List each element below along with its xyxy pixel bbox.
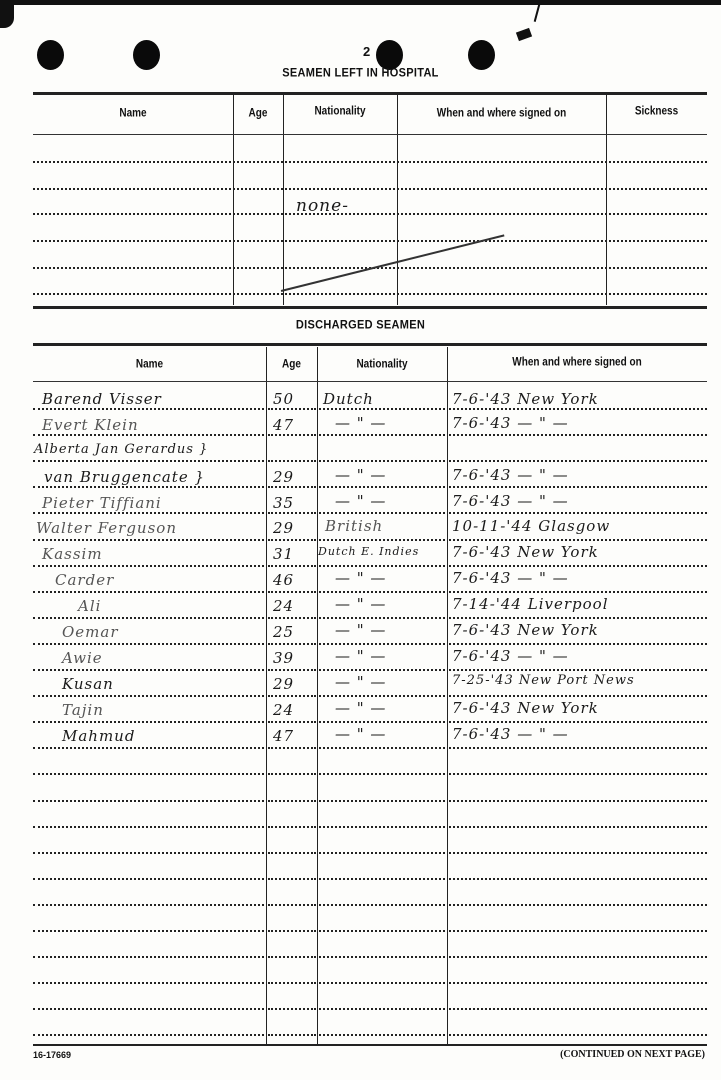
ruled-line (319, 800, 445, 802)
ruled-line (449, 408, 707, 410)
ruled-line (268, 408, 316, 410)
seaman-age: 29 (273, 519, 294, 537)
ruled-line (319, 695, 445, 697)
ink-mark (516, 28, 532, 41)
header-underline (33, 381, 707, 382)
ruled-line (449, 956, 707, 958)
ruled-line (449, 721, 707, 723)
ruled-line (33, 434, 264, 436)
seaman-name: Oemar (62, 623, 119, 641)
ruled-line (33, 826, 264, 828)
column-divider (233, 95, 234, 305)
ruled-line (319, 669, 445, 671)
ruled-line (449, 539, 707, 541)
ruled-line (319, 1034, 445, 1036)
ruled-line (33, 1008, 264, 1010)
seaman-signed-on: 7-6-'43 — " — (452, 647, 569, 665)
ruled-line (33, 852, 264, 854)
seaman-age: 47 (273, 416, 294, 434)
ruled-line (268, 669, 316, 671)
ink-mark (534, 4, 541, 22)
column-divider (447, 347, 448, 1045)
seaman-signed-on: 7-6-'43 — " — (452, 725, 569, 743)
ruled-line (33, 486, 264, 488)
ruled-line (319, 930, 445, 932)
ruled-line (449, 643, 707, 645)
ruled-line (449, 695, 707, 697)
seaman-nationality: — " — (335, 621, 386, 639)
ruled-line (268, 539, 316, 541)
ruled-line (449, 591, 707, 593)
seaman-nationality: British (325, 517, 383, 535)
ruled-line (33, 293, 707, 295)
col-header-nationality: Nationality (283, 105, 397, 118)
ruled-line (33, 956, 264, 958)
col-header-sickness: Sickness (606, 105, 707, 118)
seaman-signed-on: 10-11-'44 Glasgow (452, 517, 610, 535)
col-header-age: Age (233, 107, 283, 120)
ruled-line (268, 904, 316, 906)
seaman-nationality: — " — (335, 647, 386, 665)
ruled-line (33, 512, 264, 514)
ruled-line (33, 643, 264, 645)
ruled-line (319, 747, 445, 749)
seaman-age: 47 (273, 727, 294, 745)
ruled-line (268, 1008, 316, 1010)
ruled-line (449, 904, 707, 906)
ruled-line (33, 747, 264, 749)
ruled-line (33, 930, 264, 932)
ruled-line (319, 721, 445, 723)
seaman-age: 35 (273, 494, 294, 512)
ruled-line (319, 434, 445, 436)
seaman-age: 24 (273, 701, 294, 719)
ruled-line (268, 747, 316, 749)
ruled-line (33, 213, 707, 215)
seaman-signed-on: 7-6-'43 — " — (452, 492, 569, 510)
ruled-line (449, 434, 707, 436)
seaman-signed-on: 7-14-'44 Liverpool (452, 595, 609, 613)
seaman-name: Walter Ferguson (36, 519, 177, 537)
ruled-line (33, 161, 707, 163)
seaman-name: Pieter Tiffiani (42, 494, 162, 512)
seaman-name: Ali (78, 597, 101, 615)
ruled-line (33, 800, 264, 802)
ruled-line (268, 434, 316, 436)
ruled-line (33, 695, 264, 697)
column-divider (266, 347, 267, 1045)
seaman-signed-on: 7-6-'43 — " — (452, 466, 569, 484)
ruled-line (319, 643, 445, 645)
ruled-line (268, 956, 316, 958)
page-top-edge (0, 0, 721, 5)
ruled-line (449, 512, 707, 514)
ruled-line (268, 695, 316, 697)
ruled-line (33, 460, 264, 462)
discharged-section-title: DISCHARGED SEAMEN (0, 318, 721, 331)
ruled-line (449, 800, 707, 802)
ruled-line (319, 956, 445, 958)
seaman-name: Alberta Jan Gerardus } (34, 442, 208, 457)
ruled-line (319, 408, 445, 410)
ruled-line (449, 565, 707, 567)
seaman-nationality: — " — (335, 725, 386, 743)
ruled-line (449, 669, 707, 671)
seaman-age: 50 (273, 390, 294, 408)
ruled-line (319, 878, 445, 880)
ruled-line (33, 904, 264, 906)
ruled-line (268, 826, 316, 828)
scan-artifact (0, 0, 14, 28)
ruled-line (319, 539, 445, 541)
table-top-rule (33, 343, 707, 346)
ruled-line (268, 512, 316, 514)
ruled-line (449, 930, 707, 932)
seaman-signed-on: 7-25-'43 New Port News (452, 673, 635, 688)
table-bottom-rule (33, 306, 707, 309)
ruled-line (319, 460, 445, 462)
col-header-name: Name (33, 358, 266, 371)
seaman-name: Barend Visser (42, 390, 162, 408)
seaman-nationality: — " — (335, 466, 386, 484)
ruled-line (33, 669, 264, 671)
col-header-age: Age (266, 358, 317, 371)
ruled-line (33, 878, 264, 880)
seaman-signed-on: 7-6-'43 New York (452, 543, 599, 561)
seaman-name: Carder (55, 571, 114, 589)
ruled-line (319, 565, 445, 567)
seaman-age: 29 (273, 675, 294, 693)
ruled-line (268, 460, 316, 462)
continued-note: (CONTINUED ON NEXT PAGE) (560, 1049, 705, 1060)
ruled-line (268, 643, 316, 645)
seaman-signed-on: 7-6-'43 New York (452, 390, 599, 408)
ruled-line (449, 617, 707, 619)
seaman-signed-on: 7-6-'43 New York (452, 699, 599, 717)
seaman-signed-on: 7-6-'43 — " — (452, 569, 569, 587)
seaman-nationality: Dutch (323, 390, 374, 408)
ruled-line (268, 486, 316, 488)
seaman-age: 31 (273, 545, 294, 563)
ruled-line (268, 565, 316, 567)
seaman-name: van Bruggencate } (44, 468, 205, 486)
seaman-age: 39 (273, 649, 294, 667)
column-divider (397, 95, 398, 305)
page-number: 2 (363, 44, 370, 59)
ruled-line (33, 188, 707, 190)
seaman-nationality: — " — (335, 492, 386, 510)
ruled-line (33, 408, 264, 410)
column-divider (317, 347, 318, 1045)
ruled-line (33, 982, 264, 984)
seaman-name: Kusan (62, 675, 114, 693)
hospital-entry-none: none- (296, 196, 349, 216)
ruled-line (319, 904, 445, 906)
ruled-line (449, 460, 707, 462)
column-divider (606, 95, 607, 305)
col-header-signed-on: When and where signed on (447, 356, 707, 369)
ruled-line (319, 486, 445, 488)
ruled-line (449, 852, 707, 854)
ruled-line (268, 878, 316, 880)
ruled-line (319, 773, 445, 775)
ruled-line (33, 591, 264, 593)
seaman-signed-on: 7-6-'43 New York (452, 621, 599, 639)
ruled-line (268, 1034, 316, 1036)
ruled-line (268, 591, 316, 593)
ruled-line (33, 617, 264, 619)
ruled-line (33, 240, 707, 242)
col-header-nationality: Nationality (317, 358, 447, 371)
ruled-line (268, 617, 316, 619)
ruled-line (449, 773, 707, 775)
ruled-line (268, 982, 316, 984)
column-divider (283, 95, 284, 305)
hospital-section-title: SEAMEN LEFT IN HOSPITAL (0, 66, 721, 79)
ruled-line (33, 539, 264, 541)
ruled-line (33, 565, 264, 567)
col-header-signed-on: When and where signed on (397, 107, 606, 120)
ruled-line (319, 826, 445, 828)
seaman-nationality: — " — (335, 569, 386, 587)
ruled-line (449, 878, 707, 880)
seaman-name: Mahmud (62, 727, 135, 745)
ruled-line (319, 617, 445, 619)
header-underline (33, 134, 707, 135)
ruled-line (33, 773, 264, 775)
ruled-line (319, 512, 445, 514)
ruled-line (33, 1034, 264, 1036)
ruled-line (449, 1008, 707, 1010)
ruled-line (449, 747, 707, 749)
ruled-line (268, 721, 316, 723)
seaman-age: 24 (273, 597, 294, 615)
ruled-line (268, 773, 316, 775)
seaman-nationality: — " — (335, 595, 386, 613)
ruled-line (449, 982, 707, 984)
seaman-name: Kassim (42, 545, 103, 563)
seaman-signed-on: 7-6-'43 — " — (452, 414, 569, 432)
strike-through-line (281, 234, 505, 291)
seaman-age: 46 (273, 571, 294, 589)
col-header-name: Name (33, 107, 233, 120)
table-bottom-rule (33, 1044, 707, 1046)
seaman-nationality: — " — (335, 699, 386, 717)
seaman-nationality: — " — (335, 673, 386, 691)
seaman-nationality: — " — (335, 414, 386, 432)
ruled-line (268, 930, 316, 932)
seaman-nationality: Dutch E. Indies (318, 545, 419, 558)
ruled-line (268, 852, 316, 854)
seaman-age: 25 (273, 623, 294, 641)
ruled-line (319, 852, 445, 854)
ruled-line (449, 1034, 707, 1036)
seaman-name: Awie (62, 649, 103, 667)
seaman-name: Evert Klein (42, 416, 139, 434)
seaman-age: 29 (273, 468, 294, 486)
seaman-name: Tajin (62, 701, 104, 719)
ruled-line (449, 826, 707, 828)
ruled-line (319, 591, 445, 593)
ruled-line (268, 800, 316, 802)
ruled-line (319, 1008, 445, 1010)
ruled-line (449, 486, 707, 488)
ruled-line (319, 982, 445, 984)
form-number: 16-17669 (33, 1050, 71, 1060)
ruled-line (33, 721, 264, 723)
